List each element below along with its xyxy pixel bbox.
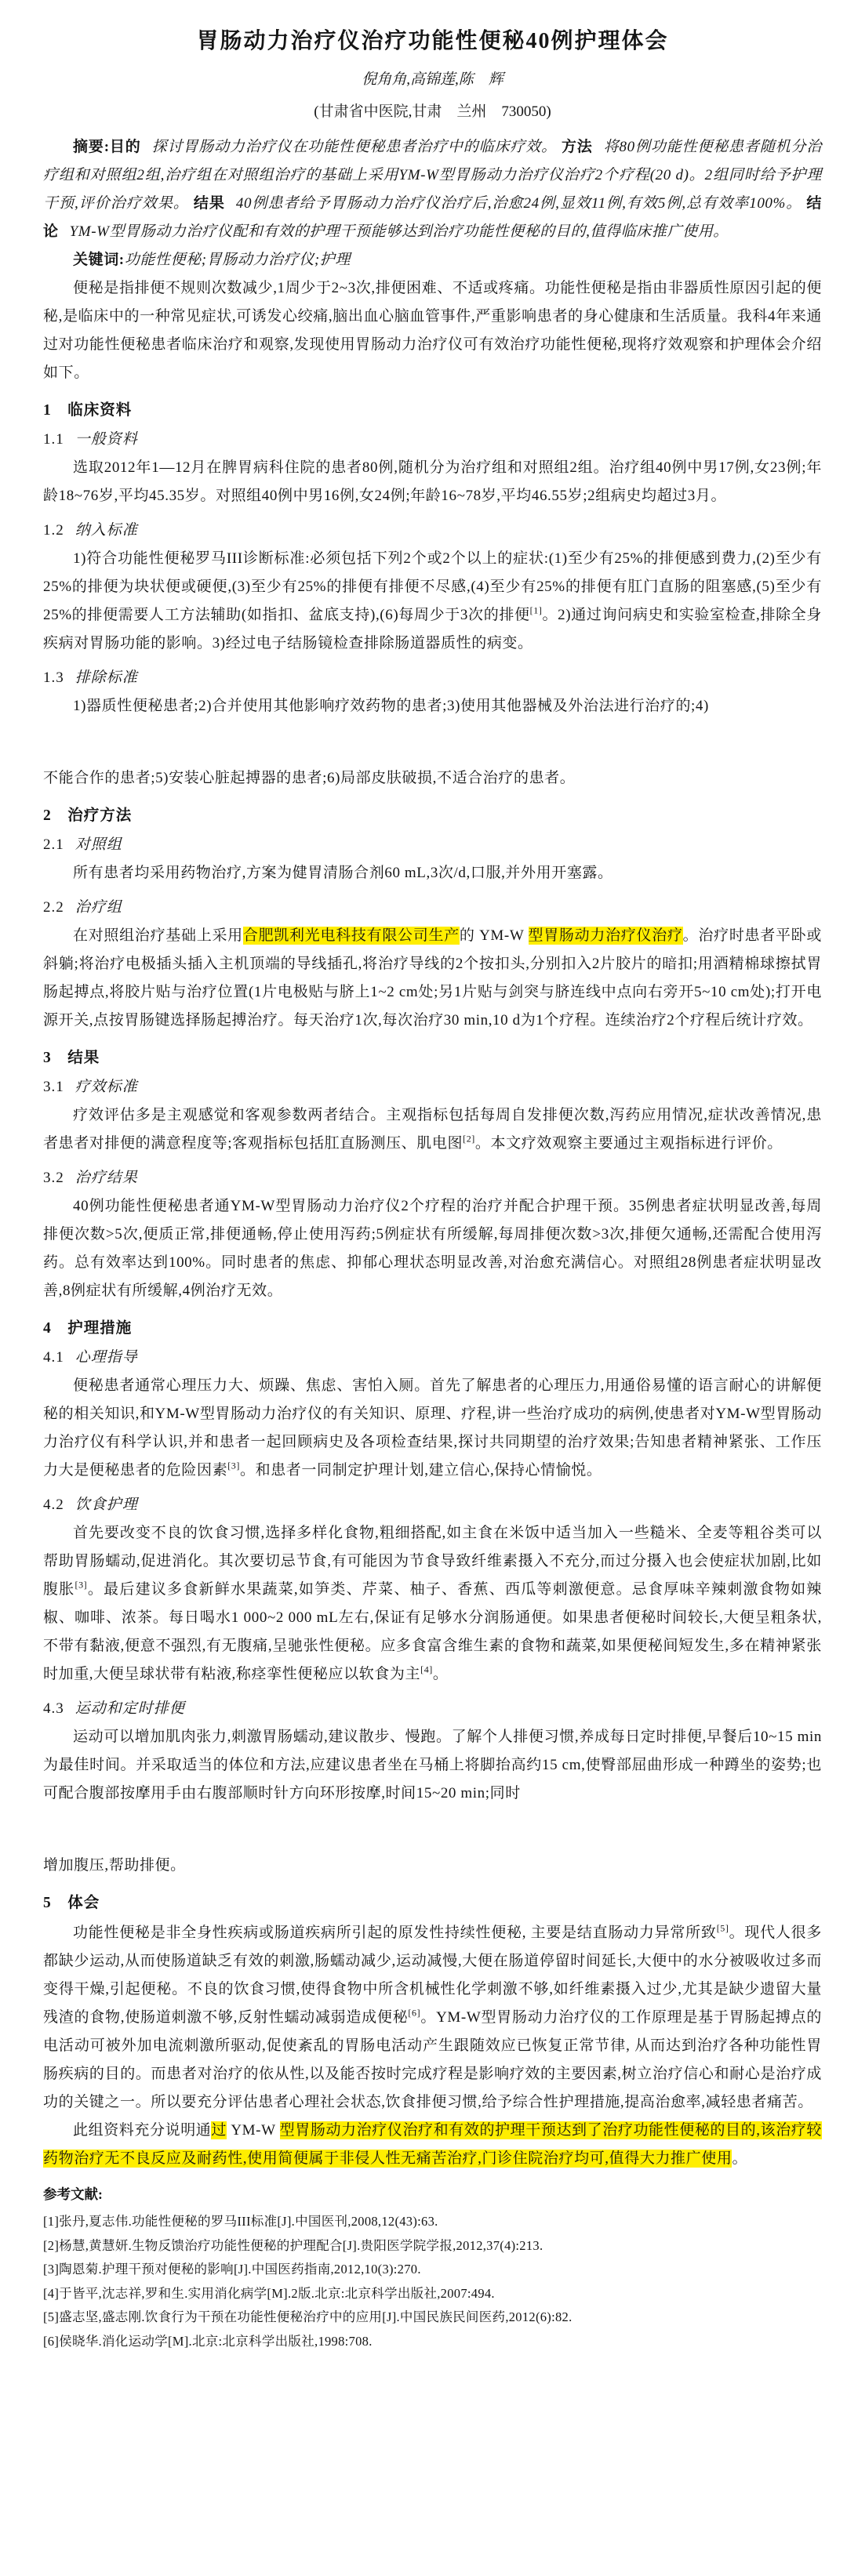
section-3-2-heading: 3.2治疗结果 bbox=[43, 1166, 822, 1187]
section-4-2-number: 4.2 bbox=[43, 1497, 64, 1513]
citation-marker-1: [1] bbox=[530, 605, 543, 616]
section-1-2-number: 1.2 bbox=[43, 522, 64, 539]
section-5-conclusion-lead: 此组资料充分说明通 bbox=[73, 2122, 211, 2139]
section-4-3-title: 运动和定时排便 bbox=[75, 1700, 185, 1717]
reference-item-4: [4]于皆平,沈志祥,罗和生.实用消化病学[M].2版.北京:北京科学出版社,2… bbox=[43, 2282, 822, 2306]
section-2-2-paragraph: 在对照组治疗基础上采用合肥凯利光电科技有限公司生产的 YM-W 型胃肠动力治疗仪… bbox=[43, 922, 822, 1035]
highlighted-conclusion-char: 过 bbox=[211, 2121, 227, 2139]
section-1-3-heading: 1.3排除标准 bbox=[43, 666, 822, 687]
section-2-2-title: 治疗组 bbox=[75, 899, 122, 916]
section-4-1-text-continued: 。和患者一同制定护理计划,建立信心,保持心情愉悦。 bbox=[240, 1462, 602, 1478]
abstract-results-text: 40例患者给予胃肠动力治疗仪治疗后,治愈24例,显效11例,有效5例,总有效率1… bbox=[236, 195, 802, 212]
abstract-label: 摘要: bbox=[73, 139, 110, 155]
section-1-2-paragraph: 1)符合功能性便秘罗马III诊断标准:必须包括下列2个或2个以上的症状:(1)至… bbox=[43, 545, 822, 658]
reference-item-3: [3]陶恩菊.护理干预对便秘的影响[J].中国医药指南,2012,10(3):2… bbox=[43, 2258, 822, 2282]
section-1-2-title: 纳入标准 bbox=[75, 522, 138, 539]
section-4-2-heading: 4.2饮食护理 bbox=[43, 1493, 822, 1514]
section-5-paragraph-1: 功能性便秘是非全身性疾病或肠道疾病所引起的原发性持续性便秘, 主要是结直肠动力异… bbox=[43, 1919, 822, 2117]
section-3-2-paragraph: 40例功能性便秘患者通YM-W型胃肠动力治疗仪2个疗程的治疗并配合护理干预。35… bbox=[43, 1192, 822, 1305]
section-4-heading: 4 护理措施 bbox=[43, 1315, 822, 1337]
abstract-results-label: 结果 bbox=[194, 195, 225, 212]
document-page: 胃肠动力治疗仪治疗功能性便秘40例护理体会 倪角角,高锦莲,陈 辉 (甘肃省中医… bbox=[0, 0, 847, 2377]
citation-marker-7: [6] bbox=[408, 2008, 420, 2019]
section-2-1-number: 2.1 bbox=[43, 836, 64, 853]
highlighted-device-name: 型胃肠动力治疗仪治疗 bbox=[529, 927, 683, 945]
highlighted-manufacturer: 合肥凯利光电科技有限公司生产 bbox=[243, 927, 460, 945]
section-2-1-heading: 2.1对照组 bbox=[43, 833, 822, 854]
abstract-methods-label: 方法 bbox=[562, 139, 593, 155]
section-1-3-paragraph: 1)器质性便秘患者;2)合并使用其他影响疗效药物的患者;3)使用其他器械及外治法… bbox=[43, 692, 822, 720]
citation-marker-3: [3] bbox=[227, 1460, 240, 1471]
section-1-1-heading: 1.1一般资料 bbox=[43, 427, 822, 448]
section-3-1-number: 3.1 bbox=[43, 1079, 64, 1095]
abstract-objective-label: 目的 bbox=[110, 139, 141, 155]
references-heading: 参考文献: bbox=[43, 2184, 822, 2204]
section-1-2-heading: 1.2纳入标准 bbox=[43, 518, 822, 539]
section-4-2-title: 饮食护理 bbox=[75, 1497, 138, 1513]
section-2-1-paragraph: 所有患者均采用药物治疗,方案为健胃清肠合剂60 mL,3次/d,口服,并外用开塞… bbox=[43, 859, 822, 887]
section-4-1-number: 4.1 bbox=[43, 1349, 64, 1366]
section-3-1-title: 疗效标准 bbox=[75, 1079, 138, 1095]
section-4-2-paragraph: 首先要改变不良的饮食习惯,选择多样化食物,粗细搭配,如主食在米饭中适当加入一些糙… bbox=[43, 1519, 822, 1689]
section-4-3-paragraph-continued: 增加腹压,帮助排便。 bbox=[43, 1852, 822, 1880]
section-5-paragraph-2: 此组资料充分说明通过 YM-W 型胃肠动力治疗仪治疗和有效的护理干预达到了治疗功… bbox=[43, 2117, 822, 2173]
authors-line: 倪角角,高锦莲,陈 辉 bbox=[43, 67, 822, 89]
section-1-3-title: 排除标准 bbox=[75, 669, 138, 686]
keywords-line: 关键词:功能性便秘;胃肠动力治疗仪;护理 bbox=[43, 246, 822, 274]
intro-paragraph: 便秘是指排便不规则次数减少,1周少于2~3次,排便困难、不适或疼痛。功能性便秘是… bbox=[43, 274, 822, 387]
section-2-2-number: 2.2 bbox=[43, 899, 64, 916]
section-4-3-heading: 4.3运动和定时排便 bbox=[43, 1696, 822, 1718]
section-4-3-paragraph: 运动可以增加肌肉张力,刺激胃肠蠕动,建议散步、慢跑。了解个人排便习惯,养成每日定… bbox=[43, 1723, 822, 1808]
section-3-1-paragraph: 疗效评估多是主观感觉和客观参数两者结合。主观指标包括每周自发排便次数,泻药应用情… bbox=[43, 1101, 822, 1158]
section-2-2-heading: 2.2治疗组 bbox=[43, 895, 822, 916]
section-4-2-text-end: 。 bbox=[433, 1666, 449, 1682]
citation-marker-2: [2] bbox=[463, 1134, 475, 1145]
reference-item-5: [5]盛志坚,盛志刚.饮食行为干预在功能性便秘治疗中的应用[J].中国民族民间医… bbox=[43, 2306, 822, 2330]
section-2-2-text: 在对照组治疗基础上采用 bbox=[73, 927, 243, 944]
citation-marker-5: [4] bbox=[420, 1664, 433, 1675]
section-3-1-text-continued: 。本文疗效观察主要通过主观指标进行评价。 bbox=[475, 1135, 783, 1152]
section-3-2-title: 治疗结果 bbox=[75, 1170, 138, 1186]
abstract-objective-text: 探讨胃肠动力治疗仪在功能性便秘患者治疗中的临床疗效。 bbox=[152, 139, 557, 155]
section-2-2-device-model: 的 YM-W bbox=[460, 927, 529, 944]
section-1-1-number: 1.1 bbox=[43, 431, 64, 448]
section-5-heading: 5 体会 bbox=[43, 1890, 822, 1912]
keywords-label: 关键词: bbox=[73, 252, 125, 268]
section-4-1-paragraph: 便秘患者通常心理压力大、烦躁、焦虑、害怕入厕。首先了解患者的心理压力,用通俗易懂… bbox=[43, 1372, 822, 1485]
section-1-3-number: 1.3 bbox=[43, 669, 64, 686]
abstract-paragraph: 摘要:目的探讨胃肠动力治疗仪在功能性便秘患者治疗中的临床疗效。方法将80例功能性… bbox=[43, 133, 822, 246]
section-2-1-title: 对照组 bbox=[75, 836, 122, 853]
section-1-1-title: 一般资料 bbox=[75, 431, 138, 448]
citation-marker-6: [5] bbox=[717, 1923, 729, 1934]
section-5-conclusion-end: 。 bbox=[732, 2150, 747, 2167]
section-3-1-heading: 3.1疗效标准 bbox=[43, 1075, 822, 1096]
section-5-text-a: 功能性便秘是非全身性疾病或肠道疾病所引起的原发性持续性便秘, 主要是结直肠动力异… bbox=[73, 1925, 717, 1941]
section-4-1-heading: 4.1心理指导 bbox=[43, 1345, 822, 1366]
citation-marker-4: [3] bbox=[75, 1580, 87, 1591]
section-1-heading: 1 临床资料 bbox=[43, 397, 822, 419]
section-3-2-number: 3.2 bbox=[43, 1170, 64, 1186]
page-title: 胃肠动力治疗仪治疗功能性便秘40例护理体会 bbox=[43, 24, 822, 55]
abstract-conclusion-text: YM-W型胃肠动力治疗仪配和有效的护理干预能够达到治疗功能性便秘的目的,值得临床… bbox=[70, 223, 729, 240]
section-5-device-model: YM-W bbox=[227, 2122, 280, 2139]
section-1-1-paragraph: 选取2012年1—12月在脾胃病科住院的患者80例,随机分为治疗组和对照组2组。… bbox=[43, 454, 822, 510]
section-2-heading: 2 治疗方法 bbox=[43, 803, 822, 825]
section-4-3-number: 4.3 bbox=[43, 1700, 64, 1717]
reference-item-2: [2]杨慧,黄慧妍.生物反馈治疗功能性便秘的护理配合[J].贵阳医学院学报,20… bbox=[43, 2234, 822, 2259]
reference-item-6: [6]侯晓华.消化运动学[M].北京:北京科学出版社,1998:708. bbox=[43, 2330, 822, 2354]
keywords-text: 功能性便秘;胃肠动力治疗仪;护理 bbox=[125, 252, 351, 268]
section-1-3-paragraph-continued: 不能合作的患者;5)安装心脏起搏器的患者;6)局部皮肤破损,不适合治疗的患者。 bbox=[43, 764, 822, 793]
reference-item-1: [1]张丹,夏志伟.功能性便秘的罗马III标准[J].中国医刊,2008,12(… bbox=[43, 2210, 822, 2234]
section-3-heading: 3 结果 bbox=[43, 1045, 822, 1067]
section-4-1-title: 心理指导 bbox=[75, 1349, 138, 1366]
affiliation-line: (甘肃省中医院,甘肃 兰州 730050) bbox=[43, 100, 822, 121]
